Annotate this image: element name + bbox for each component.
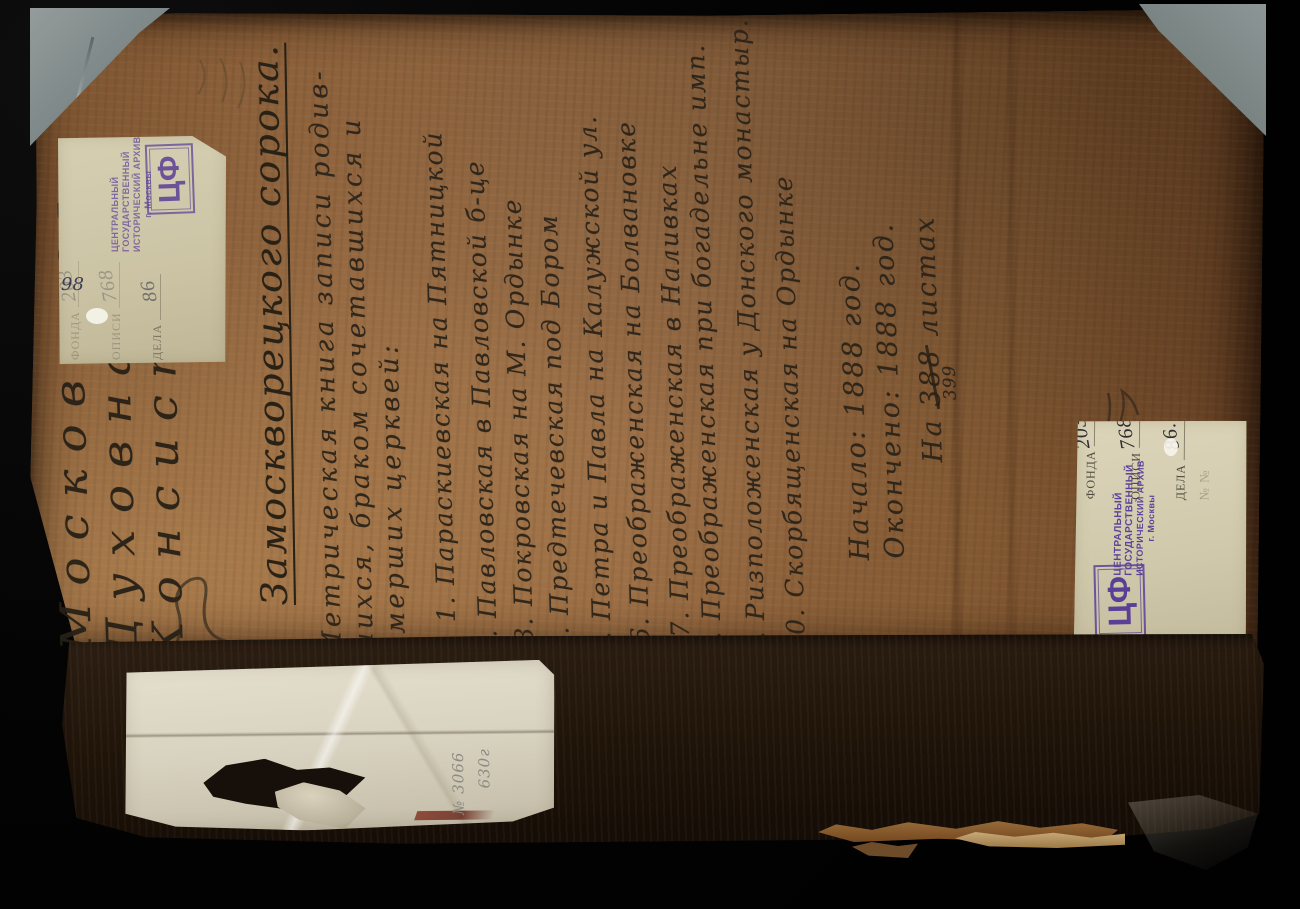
delo-row: ДЕЛА 86 — [150, 261, 165, 360]
paper-blob — [1164, 438, 1178, 456]
stamp-abbr: ЦФ — [1097, 568, 1142, 634]
side-number: 98 — [61, 274, 84, 295]
spine-pencil-note: № 3066 630г — [444, 672, 521, 815]
spine-number-2: 630г — [470, 672, 497, 788]
pages-suffix: листах — [909, 215, 944, 338]
church-list-item: 10. Скорбященская на Ордынке — [769, 174, 811, 652]
church-list-item: 4. Предтечевская под Бором — [534, 213, 575, 653]
pages-count-corrected: 399 — [940, 364, 961, 400]
church-list-item: 1. Параскиевская на Пятницкой — [418, 130, 461, 622]
archive-label-right: ЦФ ЦЕНТРАЛЬНЫЙ ГОСУДАРСТВЕННЫЙ ИСТОРИЧЕС… — [1074, 419, 1248, 643]
spine-label: № 3066 630г — [122, 660, 556, 833]
paper-blob — [86, 308, 108, 324]
church-list-item: 5. Петра и Павла на Калужской ул. — [573, 114, 617, 658]
church-list-item: 3. Покровская на М. Ордынке — [498, 197, 539, 643]
sorok-heading: Замоскворецкого сорока. — [245, 43, 296, 606]
church-list-item: 6. Преображенская на Болвановке — [611, 120, 655, 644]
stamp-abbr: ЦФ — [149, 148, 191, 211]
church-list-item: 2. Павловская в Павловской б-це — [460, 159, 503, 656]
pages-count-crossed: 388399 — [914, 347, 947, 407]
delo-number: 86 — [136, 278, 162, 304]
opis-row: ОПИСИ 768 — [109, 261, 124, 360]
date-finished: Окончено: 1888 год. — [868, 221, 911, 559]
pages-line: На 388399 листах — [909, 215, 949, 463]
church-list-item: 9. Ризположенская у Донского монастыр. — [724, 17, 771, 658]
date-started: Начало: 1888 год. — [835, 261, 876, 561]
pages-prefix: На — [916, 417, 949, 463]
archive-book-photo: Московская Духовная Консистория Замоскво… — [0, 0, 1300, 909]
desc-line-3: умерших церквей: — [374, 341, 412, 652]
spine-number: № 3066 — [444, 673, 471, 815]
stamp-box-left: ЦФ — [145, 144, 195, 215]
torn-paper-strip — [852, 842, 918, 858]
archive-label-left: ФОНДА 203 ОПИСИ 768 ДЕЛА 86 98 ЦЕНТРАЛЬН… — [58, 136, 226, 364]
